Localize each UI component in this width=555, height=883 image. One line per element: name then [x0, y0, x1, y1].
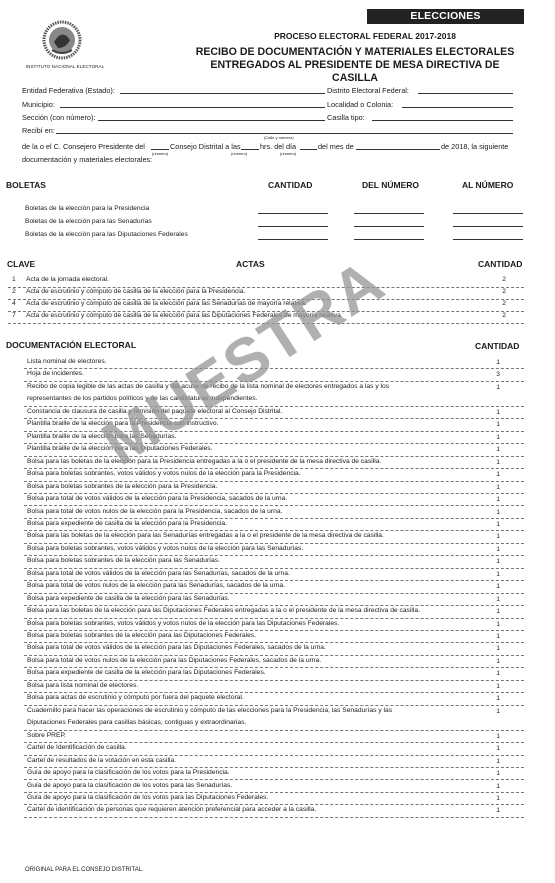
documentacion-row: Bolsa para boletas sobrantes de la elecc…: [24, 631, 524, 643]
boleta-label: Boletas de la elección para la Presidenc…: [25, 205, 149, 212]
documentacion-text: Bolsa para total de votos nulos de la el…: [27, 508, 282, 515]
documentacion-row: Cartel de identificación de personas que…: [24, 805, 524, 817]
entidad-label: Entidad Federativa (Estado):: [22, 86, 115, 95]
documentacion-qty: 1: [496, 683, 500, 690]
boletas-col-cantidad: CANTIDAD: [268, 180, 312, 190]
boleta-al-numero-field[interactable]: [453, 239, 523, 240]
documentacion-text: Bolsa para lista nominal de electores.: [27, 682, 138, 689]
acta-clave: 2: [12, 288, 16, 295]
documentacion-text: Guía de apoyo para la clasificación de l…: [27, 769, 230, 776]
institution-name: INSTITUTO NACIONAL ELECTORAL: [15, 64, 115, 69]
acta-qty: 2: [502, 300, 506, 307]
boleta-del-numero-field[interactable]: [354, 226, 424, 227]
documentacion-row: Bolsa para total de votos válidos de la …: [24, 494, 524, 506]
documentacion-row: Sobre PREP.1: [24, 731, 524, 743]
municipio-field[interactable]: [60, 107, 325, 108]
acta-qty: 2: [502, 312, 506, 319]
title-line-1: RECIBO DE DOCUMENTACIÓN Y MATERIALES ELE…: [190, 46, 520, 59]
documentacion-text: Bolsa para boletas sobrantes de la elecc…: [27, 557, 220, 564]
documentacion-row: Bolsa para las boletas de la elección pa…: [24, 457, 524, 469]
boleta-del-numero-field[interactable]: [354, 213, 424, 214]
documentacion-text: Bolsa para total de votos válidos de la …: [27, 570, 290, 577]
documentacion-text: Bolsa para las boletas de la elección pa…: [27, 607, 420, 614]
documentacion-text: Bolsa para total de votos válidos de la …: [27, 495, 287, 502]
casilla-label: Casilla tipo:: [327, 113, 365, 122]
sentence-part-5: de 2018, la siguiente: [441, 142, 508, 151]
documentacion-row: Bolsa para las boletas de la elección pa…: [24, 531, 524, 543]
documentacion-text: Lista nominal de electores.: [27, 358, 107, 365]
documentacion-qty: 1: [496, 596, 500, 603]
documentacion-row: Bolsa para boletas sobrantes, votos váli…: [24, 544, 524, 556]
documentacion-text: Cartel de resultados de la votación en e…: [27, 757, 176, 764]
documentacion-qty: 1: [496, 571, 500, 578]
documentacion-qty: 1: [496, 533, 500, 540]
process-title: PROCESO ELECTORAL FEDERAL 2017-2018: [200, 31, 530, 41]
documentacion-row: Plantilla braille de la elección para la…: [24, 444, 524, 456]
election-type-badge: ELECCIONES CONCURRENTES: [367, 9, 524, 24]
distrito-field[interactable]: [418, 93, 513, 94]
documentacion-text: Guía de apoyo para la clasificación de l…: [27, 794, 268, 801]
acta-row: 1Acta de la jornada electoral.2: [8, 276, 524, 288]
documentacion-row: Guía de apoyo para la clasificación de l…: [24, 793, 524, 805]
documentacion-qty: 3: [496, 371, 500, 378]
documentacion-row: Bolsa para boletas sobrantes de la elecc…: [24, 556, 524, 568]
documentacion-row: Bolsa para boletas sobrantes, votos váli…: [24, 469, 524, 481]
documentacion-qty: 1: [496, 807, 500, 814]
hour-field[interactable]: [241, 149, 259, 150]
national-emblem-icon: [40, 20, 84, 60]
acta-text: Acta de escrutinio y cómputo de casilla …: [26, 288, 245, 295]
documentacion-qty: 1: [496, 459, 500, 466]
boleta-al-numero-field[interactable]: [453, 226, 523, 227]
sentence-part-1: de la o el C. Consejero Presidente del: [22, 142, 145, 151]
documentacion-text: Bolsa para las boletas de la elección pa…: [27, 532, 384, 539]
documentacion-text-continued: Diputaciones Federales para casillas bás…: [27, 719, 246, 726]
documentacion-text: Bolsa para total de votos nulos de la el…: [27, 582, 285, 589]
documentacion-row: Cartel de Identificación de casilla.1: [24, 743, 524, 755]
documentacion-text: Guía de apoyo para la clasificación de l…: [27, 782, 232, 789]
documentacion-row: Cartel de resultados de la votación en e…: [24, 756, 524, 768]
documentacion-qty: 1: [496, 521, 500, 528]
boleta-del-numero-field[interactable]: [354, 239, 424, 240]
document-title: RECIBO DE DOCUMENTACIÓN Y MATERIALES ELE…: [190, 46, 520, 85]
sentence-part-4: del mes de: [318, 142, 354, 151]
documentacion-qty: 1: [496, 783, 500, 790]
documentacion-qty: 1: [496, 608, 500, 615]
documentacion-qty: 1: [496, 621, 500, 628]
documentacion-text: Bolsa para boletas sobrantes de la elecc…: [27, 632, 256, 639]
documentacion-row: Bolsa para total de votos nulos de la el…: [24, 581, 524, 593]
documentacion-qty: 1: [496, 645, 500, 652]
acta-clave: 4: [12, 300, 16, 307]
documentacion-row: Bolsa para total de votos válidos de la …: [24, 643, 524, 655]
documentacion-qty: 1: [496, 384, 500, 391]
documentacion-qty: 1: [496, 446, 500, 453]
documentacion-text: Cuadernillo para hacer las operaciones d…: [27, 707, 392, 714]
boleta-label: Boletas de la elección para las Senadurí…: [25, 218, 152, 225]
documentacion-row: Bolsa para expediente de casilla de la e…: [24, 668, 524, 680]
documentacion-row: Bolsa para expediente de casilla de la e…: [24, 519, 524, 531]
documentacion-row: Bolsa para total de votos válidos de la …: [24, 569, 524, 581]
documentacion-qty: 1: [496, 795, 500, 802]
actas-col-cantidad: CANTIDAD: [478, 259, 522, 269]
documentacion-row: Bolsa para actas de escrutinio y cómputo…: [24, 693, 524, 705]
documentacion-qty: 1: [496, 421, 500, 428]
numero-hint-2: (número): [231, 151, 247, 156]
documentacion-qty: 1: [496, 496, 500, 503]
documentacion-row: Bolsa para total de votos nulos de la el…: [24, 507, 524, 519]
documentacion-qty: 1: [496, 471, 500, 478]
documentacion-row: Bolsa para las boletas de la elección pa…: [24, 606, 524, 618]
day-field[interactable]: [300, 149, 317, 150]
boleta-label: Boletas de la elección para las Diputaci…: [25, 231, 188, 238]
documentacion-row: Recibo de copia legible de las actas de …: [24, 382, 524, 407]
documentacion-text: Cartel de Identificación de casilla.: [27, 744, 127, 751]
documentacion-row: Guía de apoyo para la clasificación de l…: [24, 781, 524, 793]
documentacion-text: Hoja de incidentes.: [27, 370, 84, 377]
calle-hint: (Calle y número): [264, 135, 294, 140]
documentacion-qty: 1: [496, 558, 500, 565]
documentacion-text: Bolsa para actas de escrutinio y cómputo…: [27, 694, 244, 701]
documentacion-text: Sobre PREP.: [27, 732, 66, 739]
boleta-cantidad-field[interactable]: [258, 213, 328, 214]
documentacion-qty: 1: [496, 359, 500, 366]
casilla-field[interactable]: [372, 120, 513, 121]
documentacion-row: Bolsa para lista nominal de electores.1: [24, 681, 524, 693]
documentacion-text: Bolsa para boletas sobrantes de la elecc…: [27, 483, 217, 490]
documentacion-qty: 1: [496, 583, 500, 590]
boleta-cantidad-field[interactable]: [258, 239, 328, 240]
boletas-heading: BOLETAS: [6, 180, 46, 190]
documentacion-qty: 1: [496, 770, 500, 777]
documentacion-row: Guía de apoyo para la clasificación de l…: [24, 768, 524, 780]
recibi-field[interactable]: [56, 133, 513, 134]
localidad-label: Localidad o Colonia:: [327, 100, 393, 109]
recibi-label: Recibí en:: [22, 126, 55, 135]
documentacion-text: Cartel de identificación de personas que…: [27, 806, 316, 813]
documentacion-text: Bolsa para expediente de casilla de la e…: [27, 595, 230, 602]
sentence-end: documentación y materiales electorales:: [22, 155, 152, 164]
documentacion-qty: 1: [496, 434, 500, 441]
acta-row: 2Acta de escrutinio y cómputo de casilla…: [8, 288, 524, 300]
seccion-label: Sección (con número):: [22, 113, 95, 122]
acta-clave: 7: [12, 312, 16, 319]
documentacion-text: Bolsa para boletas sobrantes, votos váli…: [27, 620, 339, 627]
seccion-field[interactable]: [98, 120, 325, 121]
localidad-field[interactable]: [402, 107, 513, 108]
boletas-col-del: DEL NÚMERO: [362, 180, 419, 190]
documentacion-text: Bolsa para las boletas de la elección pa…: [27, 458, 381, 465]
documentacion-qty: 1: [496, 509, 500, 516]
documentacion-text: Bolsa para boletas sobrantes, votos váli…: [27, 545, 303, 552]
documentacion-row: Bolsa para total de votos nulos de la el…: [24, 656, 524, 668]
documentacion-qty: 1: [496, 695, 500, 702]
acta-clave: 1: [12, 276, 16, 283]
boleta-cantidad-field[interactable]: [258, 226, 328, 227]
numero-hint-1: (número): [152, 151, 168, 156]
entidad-field[interactable]: [120, 93, 325, 94]
boleta-al-numero-field[interactable]: [453, 213, 523, 214]
municipio-label: Municipio:: [22, 100, 55, 109]
acta-text: Acta de la jornada electoral.: [26, 276, 109, 283]
documentacion-text: Bolsa para expediente de casilla de la e…: [27, 520, 227, 527]
numero-hint-3: (número): [280, 151, 296, 156]
documentacion-row: Bolsa para boletas sobrantes, votos váli…: [24, 619, 524, 631]
month-field[interactable]: [356, 149, 440, 150]
documentacion-row: Bolsa para boletas sobrantes de la elecc…: [24, 482, 524, 494]
documentacion-text: Bolsa para boletas sobrantes, votos váli…: [27, 470, 301, 477]
documentacion-text: Bolsa para expediente de casilla de la e…: [27, 669, 266, 676]
acta-qty: 2: [502, 276, 506, 283]
sentence-part-2: Consejo Distrital a las: [170, 142, 241, 151]
documentacion-row: Cuadernillo para hacer las operaciones d…: [24, 706, 524, 731]
documentacion-qty: 1: [496, 633, 500, 640]
distrito-label: Distrito Electoral Federal:: [327, 86, 409, 95]
documentacion-row: Bolsa para expediente de casilla de la e…: [24, 594, 524, 606]
actas-col-actas: ACTAS: [236, 259, 265, 269]
documentacion-qty: 1: [496, 670, 500, 677]
boletas-col-al: AL NÚMERO: [462, 180, 513, 190]
documentacion-text: Bolsa para total de votos nulos de la el…: [27, 657, 321, 664]
actas-col-clave: CLAVE: [7, 259, 35, 269]
footer-note: ORIGINAL PARA EL CONSEJO DISTRITAL.: [25, 867, 144, 873]
documentacion-qty: 1: [496, 484, 500, 491]
consejo-number-field[interactable]: [151, 149, 169, 150]
documentacion-qty: 1: [496, 708, 500, 715]
documentacion-qty: 1: [496, 733, 500, 740]
documentacion-qty: 1: [496, 409, 500, 416]
title-line-2: ENTREGADOS AL PRESIDENTE DE MESA DIRECTI…: [190, 59, 520, 85]
documentacion-text: Bolsa para total de votos válidos de la …: [27, 644, 326, 651]
sentence-part-3: hrs. del día: [260, 142, 296, 151]
documentacion-qty: 1: [496, 758, 500, 765]
documentacion-col-cantidad: CANTIDAD: [475, 341, 519, 351]
documentacion-qty: 1: [496, 546, 500, 553]
documentacion-heading: DOCUMENTACIÓN ELECTORAL: [6, 340, 136, 350]
acta-qty: 2: [502, 288, 506, 295]
documentacion-qty: 1: [496, 745, 500, 752]
documentacion-qty: 1: [496, 658, 500, 665]
